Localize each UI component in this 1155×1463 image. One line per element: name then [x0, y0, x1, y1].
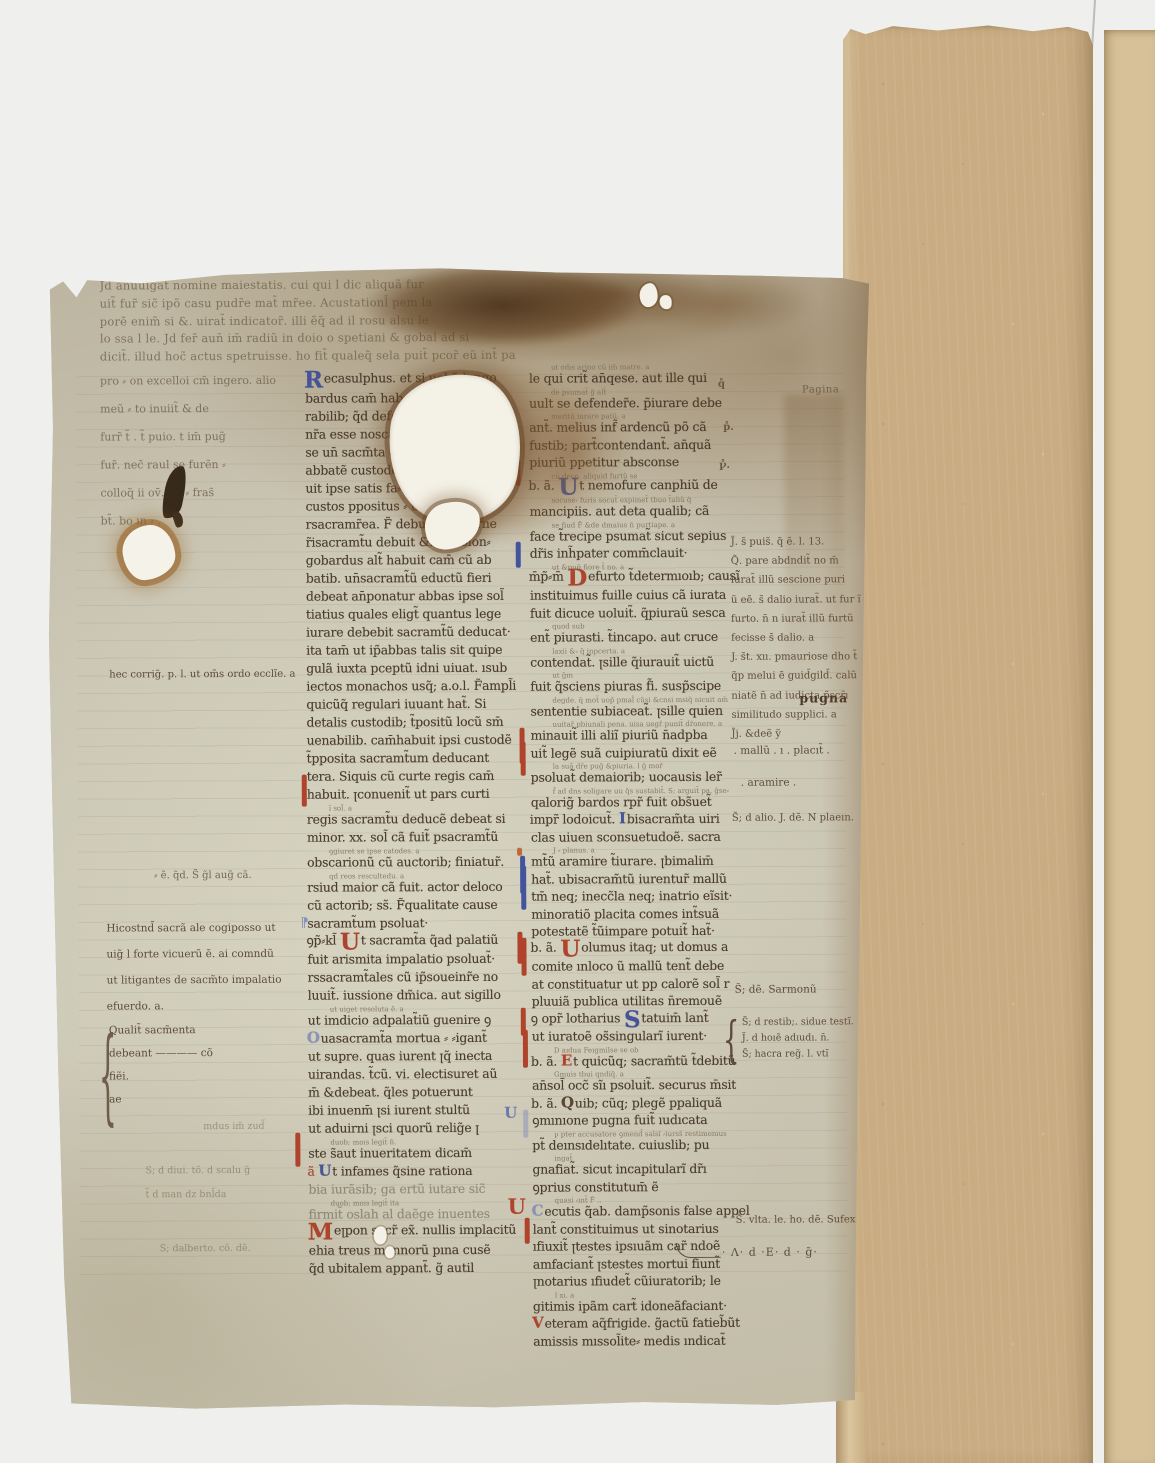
line-text: J ⸗ planus. a [553, 846, 595, 854]
text-line: impr̃ lodoicut̃. Ibisacram̃ta uiri [530, 809, 766, 828]
line-text: gnafiat̃. sicut incapituları̃ dr̃ı [532, 1161, 706, 1177]
note-line: S; dalberto. cõ. dẽ. [160, 1241, 251, 1256]
line-text: tiatius quales eligt̃ quantus lege [306, 606, 501, 622]
note-line: efuerdo. a. [107, 993, 282, 1020]
marginal-colophon: · Λ· d ·E· d · g̃· [722, 1244, 818, 1259]
faded-text-line: pro ⸗ on excelloi cm̄ ingero. alio [100, 367, 305, 396]
rubric-label: ã [307, 1164, 318, 1179]
line-text: minor. xx. sol̃ cã fuit̃ psacramt̃ũ [307, 829, 498, 845]
line-text: instituimus fuille cuius cã iurata [530, 587, 726, 603]
line-text: q̃d ubitalem appant̃. g̃ autil [309, 1260, 474, 1276]
marginal-glyph: U [504, 1106, 517, 1121]
line-text: habuit. ꞁconuenit̃ ut pars curti [307, 786, 490, 802]
line-text: an̄sol̃ occ̃ sı̃ı psoluit̃. securus m̄si… [532, 1077, 736, 1093]
line-text: iurare debebit sacramt̃ũ deducat· [306, 624, 511, 640]
line-text: tm̄ neq; inecc̃la neq; inatrio eı̃sit· [531, 888, 732, 904]
line-text: ent̃ piurasti. t̃incapo. aut cruce [530, 629, 718, 645]
line-text: cũ actorib; ss̃. F̃qualitate cause [307, 897, 497, 913]
line-text: at constituatur ut pp calorẽ sol̃ r [532, 975, 730, 991]
text-line: gulã iuxta pceptũ idni uiuat. ısub [305, 658, 533, 677]
rubric-label: b. ã. [530, 939, 560, 954]
line-text: pt̃ deınsıdelıtate. cuiuslib; pu [532, 1136, 709, 1152]
text-line: J ⸗ planus. a [552, 844, 766, 852]
text-line: ꝯmınıone pugna fuit̃ ıudıcata [531, 1110, 767, 1129]
note-line: Qualit̃ sacm̃enta [109, 1019, 213, 1042]
text-line: ut uiget resoluta ẽ. a [329, 1003, 535, 1011]
rubric-label: b. ã. [531, 1095, 561, 1110]
line-text: uasacramt̃a mortua ⸗ ⸗igant̃ [321, 1030, 487, 1046]
line-text: iectos monachos usq̃; a.o.l. F̃ampl̃i [306, 678, 516, 694]
paragraph-bar [523, 1030, 528, 1068]
text-line: tm̄ neq; inecc̃la neq; inatrio eı̃sit· [530, 886, 766, 905]
marginal-note-faint: S; dalberto. cõ. dẽ. [160, 1241, 251, 1256]
line-text: rssacramt̃ales cũ ip̃soueinr̃e no [308, 969, 499, 985]
text-line: b. ã. Uolumus itaq; ut domus a [530, 938, 766, 957]
line-text: ꝯprius constitutum̄ ẽ [532, 1179, 658, 1195]
manuscript-page: Jd anuuigat̃ nomine maiestatis. cui qui … [42, 264, 877, 1414]
text-line: pluuiã publica utilitas n̄remouẽ [531, 991, 767, 1010]
line-text: D aıdua Feıgmilse se ob [554, 1046, 639, 1054]
text-line: comite ınloco ũ mallũ tent̃ debe [531, 956, 767, 975]
line-text: uib; cũq; plegẽ ppaliquã [575, 1094, 722, 1110]
text-line: m̄ &debeat. q̃les potuerunt [307, 1082, 535, 1101]
note-line: ⸗ ẽ. q̃d. S̃ g̃l aug̃ cã. [154, 868, 252, 883]
hole [640, 283, 658, 307]
marginal-note-hicost: Hicostnd̃ sacrã ale cogiposso utuig̃ l f… [106, 915, 281, 1020]
line-text: obscarionũ cũ auctorib; finiatur̃. [307, 854, 504, 870]
paragraph-bar [521, 742, 526, 776]
line-text: fuit q̃sciens piuras f̃i. susp̃scipe [530, 678, 721, 694]
line-text: rsiud maior cã fuit. actor deloco [307, 879, 502, 895]
text-line: ã Ut infames q̃sine rationa [307, 1161, 535, 1180]
line-text: ut imdicio adpalat̃iũ guenire ꝯ [308, 1012, 491, 1028]
line-text: minoratiõ placita comes int̃suã [531, 905, 719, 921]
line-text: ꝩ pter accusatore ꝯmend̄ salsı̃ ⸗iurss̃ … [554, 1129, 726, 1138]
initial-letter: V [532, 1314, 544, 1332]
marginal-note-faint: S; d diui. tõ. d scalu g̃t̃ d man dz bnl… [145, 1159, 250, 1207]
text-line: lant̃ constituimus ut sinotarius [532, 1218, 768, 1237]
text-line: ibi inuenm̄ ꞁsi iurent stultũ [307, 1100, 535, 1119]
stain [510, 381, 651, 542]
line-text: clas uiuen sconsuetudoẽ. sacra [531, 828, 721, 844]
line-text: ita tam̄ ut ip̃abbas talis sit quipe [306, 642, 502, 658]
photo-backdrop: Jd anuuigat̃ nomine maiestatis. cui qui … [0, 0, 1155, 1463]
line-text: Gmuis tbui qndiq̃. a [554, 1070, 624, 1078]
marginal-note-faint: mdus im̄ zud̃ [203, 1119, 264, 1134]
line-text: sacramt̃um psoluat· [307, 915, 428, 931]
faded-text-line: furr̃ t̃ . t̃ puio. t im̄ pug̃ [100, 423, 305, 452]
marginal-glyph: U [508, 1196, 526, 1217]
paragraph-bar [521, 866, 526, 910]
line-text: uirandas. t̃cũ. vi. electisuret aũ [308, 1066, 497, 1082]
text-line: iectos monachos usq̃; a.o.l. F̃ampl̃i [305, 676, 533, 695]
folder-cover-sheet [843, 24, 1093, 1463]
initial-letter: U [318, 1162, 331, 1180]
faded-text-line: meũ ⸗ to inuiit̃ & de [100, 395, 305, 424]
line-text: degde. q̃ mot̃ uop̃ pmal̃ cũsi &cnsi msi… [552, 695, 728, 704]
text-line: duob; moıs legit̃ n̄. [329, 1136, 535, 1144]
marginal-note-correction: hec corrig̃. p. l. ut om̃s ordo ecclı̃e.… [109, 667, 295, 683]
line-text: ut iuratoẽ os̃singuları̃ iurent· [532, 1028, 707, 1044]
line-text: comite ınloco ũ mallũ tent̃ debe [532, 958, 725, 974]
note-line: S; d diui. tõ. d scalu g̃ [145, 1159, 250, 1183]
line-text: ingat̃ [554, 1155, 572, 1163]
line-text: bia iurãsib; ga ertũ iutare sic̃ [308, 1181, 485, 1197]
paragraph-bar [302, 775, 307, 807]
text-line: ꝯp̃⸗kl̃ Ut sacramt̃a q̃ad palatiũ [306, 931, 534, 950]
note-line: debeant ———— cõ [109, 1042, 213, 1065]
text-line: batib. un̄sacramt̃ũ eductũ fieri [305, 568, 533, 587]
marginal-glyph: q̊ [718, 380, 725, 390]
line-text: fuit dicuce uoluit̃. q̃piuraũ sesca [530, 604, 726, 620]
text-line: habuit. ꞁconuenit̃ ut pars curti [306, 784, 534, 803]
line-text: uit̃ legẽ suã cuipiuratũ dixit eẽ [531, 744, 717, 760]
line-text: hat̃. ubisacram̃tũ iurentur̃ mallũ [531, 870, 727, 886]
marginal-note: . mallũ . ı . placıt̃ . [734, 743, 830, 758]
flourish-swash [676, 1243, 721, 1258]
text-line: t̃pposita sacramt̃um deducant [306, 748, 534, 767]
faded-left-block: pro ⸗ on excelloi cm̄ ingero. aliomeũ ⸗ … [100, 367, 306, 536]
text-line: b. ã. Quib; cũq; plegẽ ppaliquã [531, 1092, 767, 1111]
text-line: uit̃ legẽ suã cuipiuratũ dixit eẽ [530, 742, 766, 761]
text-line: l xı. a [554, 1288, 768, 1296]
text-line: amissis mıssol̃ite⸗ medis ındicat̃ [532, 1330, 768, 1349]
text-line: firmit̃ oslah al daẽge inuentes [308, 1204, 536, 1223]
marginal-glyph: ⁋ [300, 917, 308, 930]
line-text: qd reos rescultedu. a [329, 872, 404, 880]
text-line: la suã dr̃e pug̃ &piuria. l g̃ mor̃ [552, 760, 766, 768]
line-text: sententie subiaceat̃. ꞁsille quien [530, 702, 722, 718]
hole [374, 1226, 387, 1244]
line-text: ut g̃m [552, 672, 573, 680]
line-text: ibi inuenm̄ ꞁsi iurent stultũ [308, 1102, 470, 1118]
text-line: uenabilib. cam̄habuit ipsi custodẽ [306, 730, 534, 749]
text-line: ı̃ sol̃. a [328, 802, 534, 810]
paragraph-bar [521, 938, 526, 976]
text-line: ꝩ pter accusatore ꝯmend̄ salsı̃ ⸗iurss̃ … [553, 1127, 767, 1135]
line-text: luuit̃. iussione dm̃ica. aut sigillo [308, 987, 501, 1003]
line-text: tatuim̄ lant̃ [641, 1009, 708, 1024]
paragraph-bar [525, 1218, 530, 1244]
line-text: uuitar̃ pbiunali pena. uisa uegr̃ punit̃… [552, 720, 722, 729]
text-line: at constituatur ut pp calorẽ sol̃ r [531, 973, 767, 992]
line-text: ut supre. quas iurent ꞁq̃ inecta [308, 1048, 492, 1064]
line-text: ꝯgiuret se ipse catodes. a [329, 847, 420, 855]
marginal-note: . aramire . [741, 776, 797, 791]
line-text: ꝯmınıone pugna fuit̃ ıudıcata [532, 1112, 707, 1128]
line-text: batib. un̄sacramt̃ũ eductũ fieri [306, 570, 492, 586]
line-text: contendat̃. ꞁsille q̃iurauit̃ uictũ [530, 653, 714, 669]
stain [784, 394, 845, 724]
marginal-glyph: p̊. [723, 423, 734, 433]
text-line: tera. Siquis cũ curte regis cam̄ [306, 766, 534, 785]
text-line: q̃d ubitalem appant̃. g̃ autil [308, 1258, 536, 1277]
line-text: t quicũq; sacram̃tũ t̃debitũ [573, 1052, 735, 1068]
line-text: detalis custodib; t̃positũ locũ sm̄ [306, 714, 503, 730]
initial-letter: Q [561, 1093, 574, 1111]
text-line: minoratiõ placita comes int̃suã [530, 903, 766, 922]
line-text: duob; moıs legit̃ n̄. [330, 1138, 396, 1146]
text-line: ut supre. quas iurent ꞁq̃ inecta [307, 1046, 535, 1065]
hole [660, 295, 672, 309]
line-text: olumus itaq; ut domus a [581, 938, 728, 954]
line-text: quasi ⸗ınt̃ F̃ .. [555, 1196, 602, 1204]
line-text: t infames q̃sine rationa [332, 1163, 472, 1179]
text-line: ꝯprius constitutum̄ ẽ [531, 1176, 767, 1195]
text-line: f̃ ad dns soligare uu q̃s sustabit̃. S; … [552, 784, 766, 792]
line-text: psoluat̃ demaiorib; uocausis ler̃ [531, 769, 722, 785]
text-line: Veteram aq̃frigide. g̃actũ fatieb̃ũt [532, 1313, 768, 1332]
text-line: Meꞁpon sacr̃ ex̃. nullis implacitũ [308, 1222, 536, 1241]
line-text: bisacram̃ta uiri [627, 811, 720, 826]
text-line: iurare debebit sacramt̃ũ deducat· [305, 622, 533, 641]
line-text: f̃ ad dns soligare uu q̃s sustabit̃. S; … [553, 786, 729, 795]
note-line: S̃; dẽ. Sarmonũ [735, 982, 817, 997]
note-line: . aramire . [741, 776, 797, 791]
flourish-brace: { [723, 1013, 740, 1070]
marginal-glyph: ꝩ̊. [719, 461, 730, 471]
rubric-label: impr̃ lodoicut̃. [530, 811, 619, 826]
text-line: ehia treus mannorũ pına cusẽ [308, 1240, 536, 1259]
line-text: debeat an̄ponatur abbas ipse sol̃ [306, 588, 504, 604]
note-line: hec corrig̃. p. l. ut om̃s ordo ecclı̃e.… [109, 667, 295, 683]
line-text: tera. Siquis cũ curte regis cam̄ [307, 768, 494, 784]
text-line: uirandas. t̃cũ. vi. electisuret aũ [307, 1064, 535, 1083]
text-line: detalis custodib; t̃positũ locũ sm̄ [305, 712, 533, 731]
line-text: minauit̃ illi aliı̃ piuriũ n̄adpba [531, 727, 708, 743]
text-line: hat̃. ubisacram̃tũ iurentur̃ mallũ [530, 868, 766, 887]
marginal-note-qualiter: Qualit̃ sacm̃entadebeant ———— cõfiẽi.ae [109, 1019, 213, 1111]
text-line: fuit arismita impalatio psoluat̃· [306, 949, 534, 968]
line-text: uenabilib. cam̄habuit ipsi custodẽ [307, 732, 512, 748]
line-text: potestatẽ t̃ũimpare potuit̃ hat̃· [531, 923, 714, 939]
paragraph-marks [42, 264, 872, 268]
line-text: gulã iuxta pceptũ idni uiuat. ısub [306, 660, 507, 676]
marginal-note: S̃; dẽ. Sarmonũ [735, 982, 817, 997]
text-line: bia iurãsib; ga ertũ iutare sic̃ [307, 1179, 535, 1198]
line-text: gitimis ipãm cart̃ idoneãfaciant· [533, 1297, 727, 1313]
paragraph-bar [295, 1133, 300, 1167]
line-text: firmit̃ oslah al daẽge inuentes [309, 1206, 490, 1222]
note-line: Hicostnd̃ sacrã ale cogiposso ut [106, 915, 281, 942]
rubric-label: b. ã. [531, 1053, 561, 1068]
line-text: ı̃ sol̃. a [329, 804, 352, 812]
line-text: l xı. a [555, 1291, 574, 1299]
line-text: lant̃ constituimus ut sinotarius [533, 1220, 719, 1236]
text-line: luuit̃. iussione dm̃ica. aut sigillo [307, 985, 535, 1004]
faded-text-line: fur̃. nec̃ raul se furẽn ⸗ [100, 451, 305, 480]
line-text: eꞁpon sacr̃ ex̃. nullis implacitũ [334, 1222, 516, 1238]
line-text: ste s̃aut inueritatem dicam̄ [308, 1145, 472, 1161]
text-line: ut aduirni ꞁsci quorũ relig̃e ꞁ [307, 1118, 535, 1137]
text-line: instituimus fuille cuius cã iurata [529, 585, 765, 604]
line-text: mt̃ũ aramire t̃iurare. ꞁbimalim̄ [531, 853, 714, 869]
line-text: fuit arismita impalatio psoluat̃· [307, 951, 494, 967]
text-line: clas uiuen sconsuetudoẽ. sacra [530, 826, 766, 845]
line-text: t sacramt̃a q̃ad palatiũ [361, 932, 498, 948]
folder-curled-edge [836, 1392, 866, 1463]
text-line: qd reos rescultedu. a [328, 870, 534, 878]
text-line: rssacramt̃ales cũ ip̃soueinr̃e no [307, 967, 535, 986]
line-text: qalorig̃ bardos rpr̃ fuit obs̃uet̃ [531, 793, 712, 809]
note-line: ut litigantes de sacm̃to impalatio [107, 967, 282, 994]
initial-letter: O [307, 1029, 320, 1047]
line-text: quicũq̃ regulari iuuant hat̃. Si [306, 696, 486, 712]
text-line: quasi ⸗ınt̃ F̃ .. [554, 1194, 768, 1202]
text-line: debeat an̄ponatur abbas ipse sol̃ [305, 586, 533, 605]
text-line: ingat̃ [553, 1152, 767, 1160]
line-text: la suã dr̃e pug̃ &piuria. l g̃ mor̃ [553, 762, 663, 770]
note-line: fiẽi. [109, 1065, 213, 1088]
text-line: ꞁnotarius ıfiudet̃ cũiuratorib; le [532, 1271, 768, 1290]
line-text: laxii &⸗ q̃ inpcerta. a [552, 647, 625, 655]
paragraph-bar [517, 848, 522, 856]
note-line: t̃ d man dz bnl̄da [145, 1183, 250, 1207]
line-text: regis sacramt̃u deducẽ debeat si [307, 811, 506, 827]
folder-back-sheet [1104, 30, 1155, 1463]
text-line: ꝯgiuret se ipse catodes. a [328, 845, 534, 853]
note-line: . mallũ . ı . placıt̃ . [734, 743, 830, 758]
hole [385, 1246, 395, 1258]
paragraph-bar [523, 1110, 528, 1138]
note-line: uig̃ l forte vicuerũ ẽ. ai comndũ [106, 941, 281, 968]
rubric-label: ꝯp̃⸗kl̃ [306, 933, 340, 948]
text-line: ita tam̄ ut ip̃abbas talis sit quipe [305, 640, 533, 659]
text-line: minor. xx. sol̃ cã fuit̃ psacramt̃ũ [306, 827, 534, 846]
line-text: amissis mıssol̃ite⸗ medis ındicat̃ [533, 1332, 725, 1348]
line-text: m̄ &debeat. q̃les potuerunt [308, 1084, 473, 1100]
text-line: fuit dicuce uoluit̃. q̃piuraũ sesca [529, 602, 765, 621]
line-text: ꞁnotarius ıfiudet̃ cũiuratorib; le [533, 1273, 721, 1289]
text-line: Ouasacramt̃a mortua ⸗ ⸗igant̃ [307, 1028, 535, 1047]
rubric-label: ꝯ opr̃ lotharius [531, 1010, 624, 1025]
note-line: mdus im̄ zud̃ [203, 1119, 264, 1134]
text-line: cũ actorib; ss̃. F̃qualitate cause [306, 895, 534, 914]
line-text: ut uiget resoluta ẽ. a [330, 1005, 404, 1013]
line-text: quod sub [552, 622, 585, 630]
faded-text-line: colloq̃ ii ov̄. luı̃ ⸗ fras̃ [100, 479, 305, 508]
marginal-note: ⸗ ẽ. q̃d. S̃ g̃l aug̃ cã. [154, 868, 252, 883]
line-text: t̃pposita sacramt̃um deducant [307, 750, 489, 766]
note-line: ae [109, 1088, 213, 1111]
line-text: ehia treus mannorũ pına cusẽ [309, 1242, 491, 1258]
initial-letter: C [532, 1202, 544, 1220]
text-line: quicũq̃ regulari iuuant hat̃. Si [305, 694, 533, 713]
glyph-marks: q̊p̊.ꝩ̊.⁋UU [42, 264, 872, 268]
initial-letter: I [619, 809, 626, 827]
line-text: ut aduirni ꞁsci quorũ relig̃e ꞁ [308, 1120, 479, 1136]
text-line: tiatius quales eligt̃ quantus lege [305, 604, 533, 623]
line-text: eteram aq̃frigide. g̃actũ fatieb̃ũt [545, 1315, 740, 1331]
line-text: ecutis q̃ab. damp̃sonis false appel [544, 1203, 749, 1219]
